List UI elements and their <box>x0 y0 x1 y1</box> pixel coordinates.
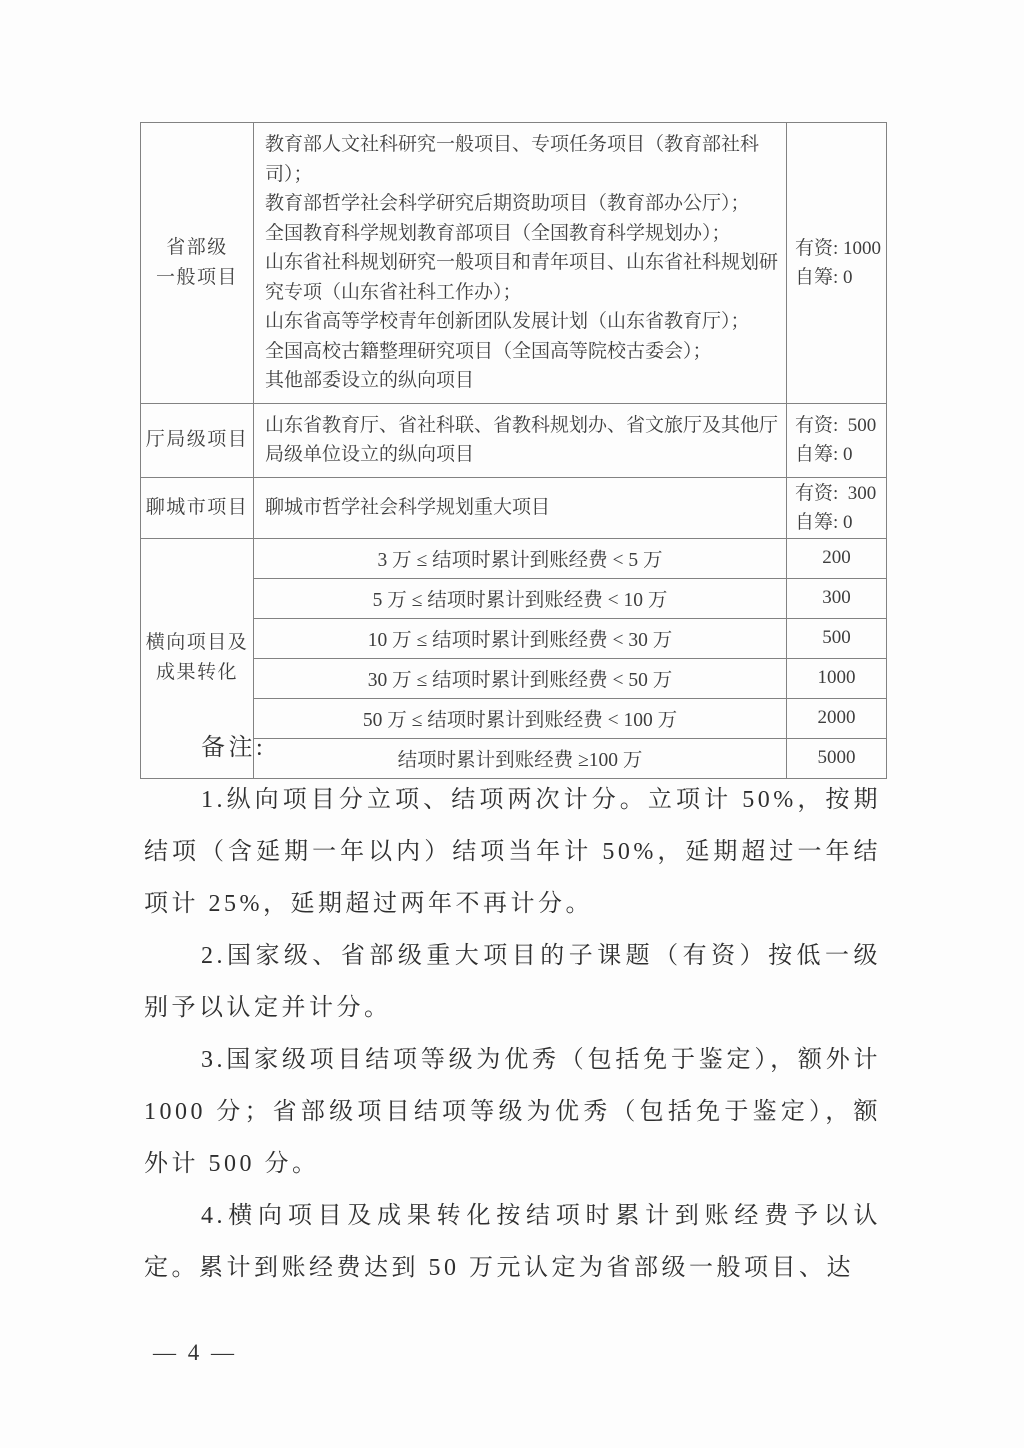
category-line: 聊城市项目 <box>142 493 252 523</box>
project-list-cell: 教育部人文社科研究一般项目、专项任务项目（教育部社科司）； 教育部哲学社会科学研… <box>254 123 787 404</box>
table-row-horizontal-tier: 横向项目及 成果转化 3 万 ≤ 结项时累计到账经费 < 5 万 200 <box>141 538 887 578</box>
table-row-city-level: 聊城市项目 聊城市哲学社会科学规划重大项目 有资: 300 自筹: 0 <box>141 477 887 538</box>
score-cell: 500 <box>787 618 887 658</box>
project-list-cell: 聊城市哲学社会科学规划重大项目 <box>254 477 787 538</box>
category-line: 一般项目 <box>142 263 252 293</box>
project-score-table: 省部级 一般项目 教育部人文社科研究一般项目、专项任务项目（教育部社科司）； 教… <box>140 122 887 779</box>
funding-cell: 有资: 1000 自筹: 0 <box>787 123 887 404</box>
category-cell: 省部级 一般项目 <box>141 123 254 404</box>
page-number: — 4 — <box>153 1340 237 1366</box>
note-paragraph-1: 1.纵向项目分立项、结项两次计分。立项计 50%，按期结项（含延期一年以内）结项… <box>144 774 881 930</box>
project-item: 全国高校古籍整理研究项目（全国高等院校古委会）； <box>265 337 778 367</box>
funding-cell: 有资: 300 自筹: 0 <box>787 477 887 538</box>
project-list-cell: 山东省教育厅、省社科联、省教科规划办、省文旅厅及其他厅局级单位设立的纵向项目 <box>254 403 787 477</box>
category-line: 厅局级项目 <box>142 425 252 455</box>
project-item: 山东省高等学校青年创新团队发展计划（山东省教育厅）； <box>265 307 778 337</box>
project-item: 山东省教育厅、省社科联、省教科规划办、省文旅厅及其他厅局级单位设立的纵向项目 <box>265 411 778 470</box>
category-line: 省部级 <box>142 233 252 263</box>
funding-line: 自筹: 0 <box>795 508 882 537</box>
score-cell: 1000 <box>787 658 887 698</box>
category-line: 成果转化 <box>142 658 252 688</box>
project-item: 其他部委设立的纵向项目 <box>265 366 778 396</box>
category-line: 横向项目及 <box>142 628 252 658</box>
criteria-cell: 5 万 ≤ 结项时累计到账经费 < 10 万 <box>254 578 787 618</box>
score-cell: 200 <box>787 538 887 578</box>
project-item: 全国教育科学规划教育部项目（全国教育科学规划办）； <box>265 219 778 249</box>
note-paragraph-3: 3.国家级项目结项等级为优秀（包括免于鉴定），额外计 1000 分；省部级项目结… <box>144 1034 881 1190</box>
score-cell: 300 <box>787 578 887 618</box>
criteria-cell: 30 万 ≤ 结项时累计到账经费 < 50 万 <box>254 658 787 698</box>
criteria-cell: 10 万 ≤ 结项时累计到账经费 < 30 万 <box>254 618 787 658</box>
table-row-department-level: 厅局级项目 山东省教育厅、省社科联、省教科规划办、省文旅厅及其他厅局级单位设立的… <box>141 403 887 477</box>
project-item: 山东省社科规划研究一般项目和青年项目、山东省社科规划研究专项（山东省社科工作办）… <box>265 248 778 307</box>
funding-line: 有资: 1000 <box>795 234 882 263</box>
project-item: 聊城市哲学社会科学规划重大项目 <box>265 493 778 523</box>
funding-cell: 有资: 500 自筹: 0 <box>787 403 887 477</box>
note-paragraph-4: 4.横向项目及成果转化按结项时累计到账经费予以认定。累计到账经费达到 50 万元… <box>144 1190 881 1294</box>
category-cell: 厅局级项目 <box>141 403 254 477</box>
notes-heading: 备注: <box>144 722 881 774</box>
document-page: 省部级 一般项目 教育部人文社科研究一般项目、专项任务项目（教育部社科司）； 教… <box>0 0 1024 1448</box>
funding-line: 自筹: 0 <box>795 263 882 292</box>
notes-section: 备注: 1.纵向项目分立项、结项两次计分。立项计 50%，按期结项（含延期一年以… <box>144 722 881 1294</box>
category-cell: 聊城市项目 <box>141 477 254 538</box>
project-item: 教育部哲学社会科学研究后期资助项目（教育部办公厅）； <box>265 189 778 219</box>
table-row-provincial-general: 省部级 一般项目 教育部人文社科研究一般项目、专项任务项目（教育部社科司）； 教… <box>141 123 887 404</box>
note-paragraph-2: 2.国家级、省部级重大项目的子课题（有资）按低一级别予以认定并计分。 <box>144 930 881 1034</box>
funding-line: 自筹: 0 <box>795 440 882 469</box>
funding-line: 有资: 300 <box>795 479 882 508</box>
criteria-cell: 3 万 ≤ 结项时累计到账经费 < 5 万 <box>254 538 787 578</box>
project-item: 教育部人文社科研究一般项目、专项任务项目（教育部社科司）； <box>265 130 778 189</box>
funding-line: 有资: 500 <box>795 411 882 440</box>
